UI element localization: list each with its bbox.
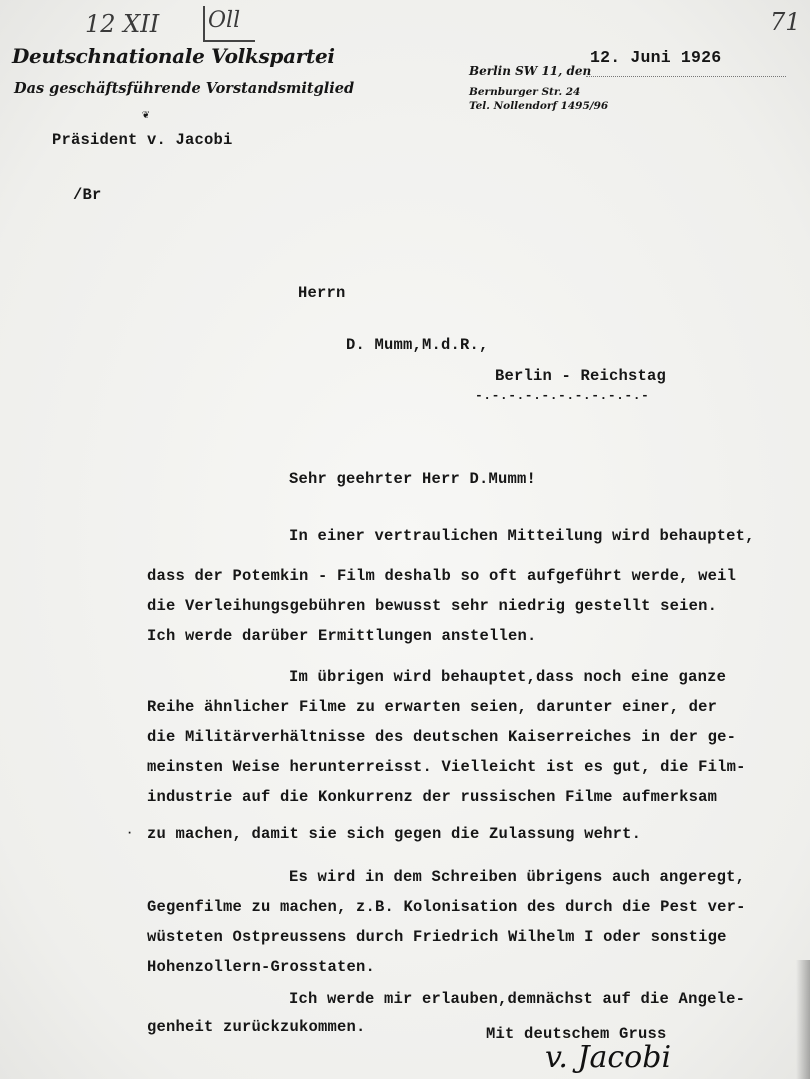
- letterhead-organization: Deutschnationale Volkspartei: [12, 44, 335, 68]
- page-edge-shadow: [796, 960, 810, 1079]
- handwritten-note: 12 XII: [85, 10, 159, 38]
- recipient-name: D. Mumm,M.d.R.,: [346, 336, 489, 354]
- reference-mark: /Br: [73, 186, 102, 204]
- body-line: die Militärverhältnisse des deutschen Ka…: [147, 728, 736, 746]
- letterhead-telephone: Tel. Nollendorf 1495/96: [469, 100, 608, 112]
- letter-date: 12. Juni 1926: [590, 48, 721, 67]
- body-line: Ich werde mir erlauben,demnächst auf die…: [289, 990, 745, 1008]
- greeting: Sehr geehrter Herr D.Mumm!: [289, 470, 536, 488]
- body-line: zu machen, damit sie sich gegen die Zula…: [147, 825, 641, 843]
- recipient-city: Berlin - Reichstag: [495, 367, 666, 385]
- recipient-underline: -.-.-.-.-.-.-.-.-.-.-: [475, 388, 649, 403]
- body-line: industrie auf die Konkurrenz der russisc…: [147, 788, 717, 806]
- body-line: Reihe ähnlicher Filme zu erwarten seien,…: [147, 698, 717, 716]
- document-page: 12 XII Oll 71 Deutschnationale Volkspart…: [0, 0, 810, 1079]
- body-line: Gegenfilme zu machen, z.B. Kolonisation …: [147, 898, 746, 916]
- body-line: die Verleihungsgebühren bewusst sehr nie…: [147, 597, 717, 615]
- body-line: genheit zurückzukommen.: [147, 1018, 366, 1036]
- sender-name: Präsident v. Jacobi: [52, 131, 233, 149]
- body-line: Es wird in dem Schreiben übrigens auch a…: [289, 868, 745, 886]
- body-line: meinsten Weise herunterreisst. Vielleich…: [147, 758, 746, 776]
- body-line: wüsteten Ostpreussens durch Friedrich Wi…: [147, 928, 727, 946]
- letterhead-street: Bernburger Str. 24: [469, 86, 580, 98]
- body-line: Im übrigen wird behauptet,dass noch eine…: [289, 668, 726, 686]
- folio-number: 71: [770, 8, 801, 36]
- letterhead-subtitle: Das geschäftsführende Vorstandsmitglied: [14, 80, 354, 97]
- recipient-title: Herrn: [298, 284, 346, 302]
- body-line: dass der Potemkin - Film deshalb so oft …: [147, 567, 736, 585]
- body-line: Ich werde darüber Ermittlungen anstellen…: [147, 627, 537, 645]
- letterhead-place: Berlin SW 11, den: [469, 64, 591, 78]
- date-dotted-line: [586, 76, 786, 77]
- ornament-icon: ❦: [142, 107, 149, 122]
- signature: v. Jacobi: [545, 1040, 671, 1075]
- margin-dot: ·: [126, 826, 133, 840]
- body-line: Hohenzollern-Grosstaten.: [147, 958, 375, 976]
- body-line: In einer vertraulichen Mitteilung wird b…: [289, 527, 755, 545]
- handwritten-initials: Oll: [208, 8, 240, 33]
